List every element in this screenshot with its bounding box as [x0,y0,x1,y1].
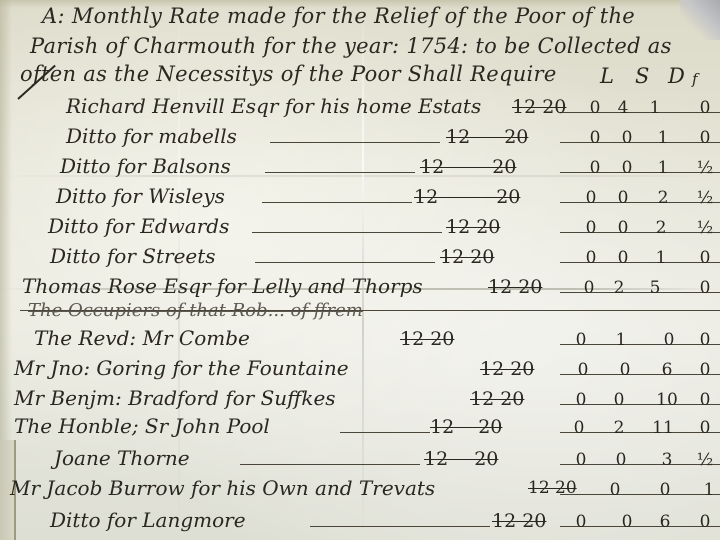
ledger-row: Mr Benjm: Bradford for Suffkes 12 20 0 0… [0,386,720,416]
pounds-value: 0 [600,480,630,500]
ledger-row: Ditto for Wisleys 12 20 0 0 2 ½ [0,184,720,214]
shillings-value: 0 [606,450,636,470]
shillings-value: 0 [612,128,642,148]
heading-line-3: often as the Necessitys of the Poor Shal… [20,62,557,86]
pence-value: 1 [640,98,670,118]
pounds-value: 0 [568,360,598,380]
leader-dashes [255,262,435,264]
rate-value: 12 20 [430,416,502,438]
pounds-value: 0 [580,98,610,118]
pence-value: 1 [648,158,678,178]
shillings-value: 0 [604,390,634,410]
ratepayer-name: Ditto for Langmore [50,508,246,532]
shillings-value: 0 [608,188,638,208]
leader-dashes [265,172,415,174]
leader-dashes [252,232,442,234]
ratepayer-name: Ditto for Balsons [60,154,231,178]
pence-value: 6 [652,360,682,380]
farthings-value: 0 [690,278,720,298]
shillings-value: 4 [608,98,638,118]
pence-value: 3 [652,450,682,470]
farthings-value: 0 [690,418,720,438]
ratepayer-name: Ditto for Streets [50,244,216,268]
farthings-value: 0 [690,248,720,268]
farthings-value: ½ [690,218,720,238]
ledger-row: Mr Jacob Burrow for his Own and Trevats … [0,476,720,506]
ratepayer-name: Ditto for Edwards [48,214,229,238]
farthings-value: 0 [690,512,720,532]
pence-value: 10 [652,390,682,410]
rate-value: 12 20 [424,448,498,470]
shillings-value: 2 [604,278,634,298]
ledger-row: Mr Jno: Goring for the Fountaine 12 20 0… [0,356,720,386]
pence-value: 1 [648,128,678,148]
column-header-farthings: f [692,70,698,88]
farthings-value: 1 [694,480,720,500]
rate-value: 12 20 [446,216,500,238]
column-header-pence: D [668,64,685,88]
ratepayer-name: Mr Jno: Goring for the Fountaine [14,356,349,380]
ledger-row: Richard Henvill Esqr for his home Estats… [0,94,720,124]
rate-value: 12 20 [470,388,524,410]
pounds-value: 0 [576,188,606,208]
farthings-value: 0 [690,98,720,118]
farthings-value: 0 [690,360,720,380]
ratepayer-name: Mr Jacob Burrow for his Own and Trevats [10,476,435,500]
pence-value: 2 [646,218,676,238]
ratepayer-name: The Honble; Sr John Pool [14,414,270,438]
pence-value: 6 [650,512,680,532]
document-photo: A: Monthly Rate made for the Relief of t… [0,0,720,540]
farthings-value: 0 [690,390,720,410]
pence-value: 2 [648,188,678,208]
rate-value: 12 20 [440,246,494,268]
pounds-value: 0 [576,218,606,238]
rate-value: 12 20 [512,96,566,118]
farthings-value: ½ [690,158,720,178]
shillings-value: 0 [650,480,680,500]
leader-dashes [262,202,412,204]
shillings-value: 0 [612,158,642,178]
ledger-row: The Honble; Sr John Pool 12 20 0 2 11 0 [0,414,720,444]
ratepayer-name: Mr Benjm: Bradford for Suffkes [14,386,336,410]
rate-value: 12 20 [528,478,577,498]
pounds-value: 0 [566,390,596,410]
ledger-row: Ditto for mabells 12 20 0 0 1 0 [0,124,720,154]
rate-value: 12 20 [492,510,546,532]
farthings-value: ½ [690,450,720,470]
paper-corner-shadow [680,0,720,40]
rate-value: 12 20 [446,126,528,148]
shillings-value: 0 [610,360,640,380]
column-header-pounds: L [600,64,614,88]
heading-line-2: Parish of Charmouth for the year: 1754: … [30,34,672,58]
pence-value: 11 [648,418,678,438]
farthings-value: ½ [690,188,720,208]
ratepayer-name: Ditto for Wisleys [56,184,225,208]
leader-dashes [340,432,430,434]
shillings-value: 0 [612,512,642,532]
shillings-value: 1 [606,330,636,350]
column-header-shillings: S [635,64,649,88]
shillings-value: 0 [608,248,638,268]
rate-value: 12 20 [480,358,534,380]
pounds-value: 0 [580,158,610,178]
ledger-row: The Revd: Mr Combe 12 20 0 1 0 0 [0,326,720,356]
pounds-value: 0 [564,418,594,438]
leader-dashes [310,526,490,528]
ratepayer-name: Joane Thorne [54,446,190,470]
pounds-value: 0 [566,450,596,470]
ratepayer-name: Ditto for mabells [66,124,237,148]
farthings-value: 0 [690,128,720,148]
pounds-value: 0 [566,512,596,532]
farthings-value: 0 [690,330,720,350]
pounds-value: 0 [580,128,610,148]
pence-value: 0 [654,330,684,350]
ledger-row: Ditto for Edwards 12 20 0 0 2 ½ [0,214,720,244]
shillings-value: 0 [608,218,638,238]
leader-dashes [270,142,440,144]
rate-value: 12 20 [400,328,454,350]
ratepayer-name: Thomas Rose Esqr for Lelly and Thorps [22,274,423,298]
pence-value: 5 [640,278,670,298]
leader-dashes [240,464,420,466]
shillings-value: 2 [604,418,634,438]
pence-value: 1 [646,248,676,268]
heading-line-1: A: Monthly Rate made for the Relief of t… [42,4,635,28]
ledger-row: Ditto for Balsons 12 20 0 0 1 ½ [0,154,720,184]
ratepayer-name: The Revd: Mr Combe [34,326,250,350]
pounds-value: 0 [566,330,596,350]
pounds-value: 0 [576,248,606,268]
ledger-row: Ditto for Langmore 12 20 0 0 6 0 [0,508,720,538]
rate-value: 12 20 [414,186,520,208]
pounds-value: 0 [574,278,604,298]
ratepayer-name: Richard Henvill Esqr for his home Estats [66,94,481,118]
ledger-row: Joane Thorne 12 20 0 0 3 ½ [0,446,720,476]
ledger-row: Ditto for Streets 12 20 0 0 1 0 [0,244,720,274]
strike-through-line [20,310,720,312]
rate-value: 12 20 [488,276,542,298]
rate-value: 12 20 [420,156,516,178]
